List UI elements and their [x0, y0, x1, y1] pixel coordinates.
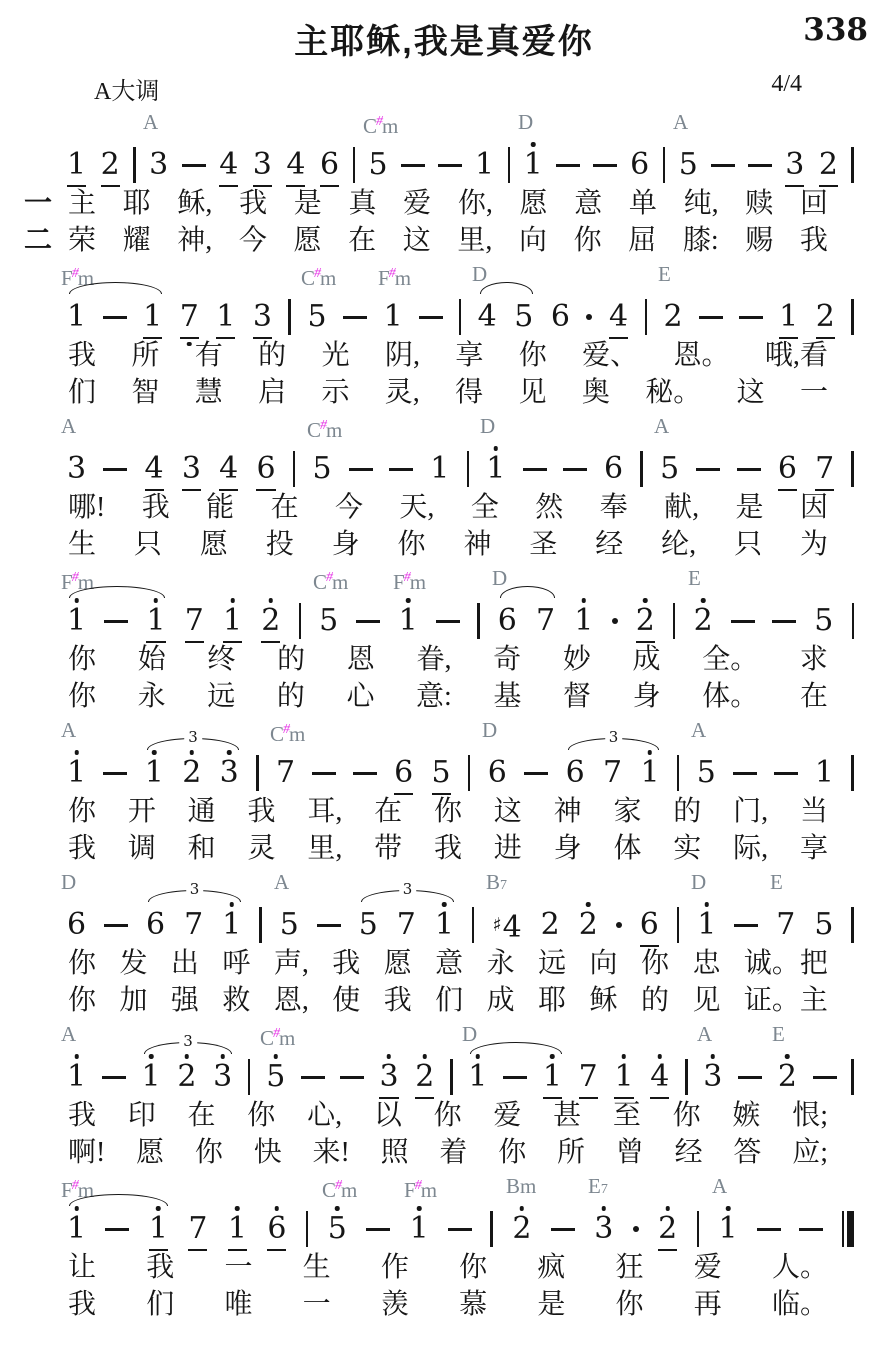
chord-letter: C: [301, 266, 315, 290]
barline: [677, 755, 680, 791]
lyric-syllable: 哪!: [68, 489, 105, 526]
lyric-syllable: 主: [68, 185, 96, 222]
dash-extension: [448, 1228, 472, 1231]
lyric-syllable: 有: [195, 337, 223, 374]
chord-letter: E: [688, 566, 701, 590]
octave-dot-above: [74, 598, 79, 603]
note: 7: [179, 297, 200, 337]
note: 5: [265, 1057, 286, 1097]
chord-label: Bm: [506, 1175, 536, 1197]
dot-separator: [616, 922, 622, 928]
lyric-syllable: 是: [736, 489, 764, 526]
octave-dot-above: [235, 1206, 240, 1211]
chord-label: A: [61, 415, 76, 437]
lyric-syllable: 羡: [381, 1286, 409, 1323]
lyric-syllable: 啊!: [68, 1134, 105, 1171]
dash-extension: [748, 164, 772, 167]
octave-dot-above: [154, 598, 159, 603]
chord-letter: D: [492, 566, 507, 590]
triplet-number: 3: [179, 1034, 197, 1049]
barline: [697, 1211, 700, 1247]
dash-extension: [102, 1076, 126, 1079]
dash-extension: [523, 468, 547, 471]
chord-letter: F: [378, 266, 390, 290]
lyric-syllable: 愿: [520, 185, 548, 222]
lyric-line: 啊!愿你快来!照着你所曾经答应;: [66, 1134, 854, 1171]
note: 1: [383, 297, 404, 337]
barline: [851, 1059, 854, 1095]
barline: [851, 755, 854, 791]
lyric-syllable: 门,: [733, 793, 768, 830]
octave-dot-above: [230, 598, 235, 603]
system: 1171251671225F#mC#mF#mDE你始终的恩眷,奇妙成全。求你永远…: [66, 601, 854, 715]
dash-extension: [731, 620, 755, 623]
notation-row: 1171251671225F#mC#mF#mDE: [66, 601, 854, 641]
dash-extension: [436, 620, 460, 623]
lyric-syllable: 甚: [553, 1097, 581, 1134]
chord-letter: m: [520, 1174, 536, 1198]
key-time-row: A大调 4/4: [0, 63, 888, 101]
final-barline: [842, 1211, 854, 1247]
lyric-syllable: 只: [134, 526, 162, 563]
dash-extension: [103, 772, 127, 775]
lyric-syllable: 使: [332, 982, 360, 1019]
lyric-syllable: 的: [673, 793, 701, 830]
lyric-line: 们智慧启示灵,得见奥秘。这一: [66, 374, 854, 411]
note: 6: [487, 753, 508, 793]
lyric-syllable: 是: [537, 1286, 565, 1323]
dash-extension: [799, 1228, 823, 1231]
octave-dot-above: [705, 902, 710, 907]
tie-arc: [470, 1042, 562, 1054]
note: 6: [255, 449, 276, 489]
chord-label: F#m: [378, 263, 411, 289]
octave-dot-above: [582, 598, 587, 603]
octave-dot-above: [417, 1206, 422, 1211]
note: 3: [148, 145, 169, 185]
lyric-syllable: 证。主: [744, 982, 828, 1019]
chord-letter: m: [395, 266, 411, 290]
notation-row: 1123765667151AC#mDA33: [66, 753, 854, 793]
lyric-syllable: 疯: [537, 1249, 565, 1286]
chord-label: D: [691, 871, 706, 893]
lyric-syllable: 稣,: [177, 185, 212, 222]
lyric-syllable: 眷,: [416, 641, 451, 678]
dash-extension: [340, 1076, 364, 1079]
lyric-syllable: 秘。: [645, 374, 701, 411]
dash-extension: [104, 924, 128, 927]
note: 7: [578, 1057, 599, 1097]
dash-extension: [103, 316, 127, 319]
note: 2: [176, 1057, 197, 1097]
chord-label: D: [518, 111, 533, 133]
lyric-syllable: 家: [613, 793, 641, 830]
chord-letter: m: [341, 1178, 357, 1202]
note: 5: [678, 145, 699, 185]
chord-label: A: [274, 871, 289, 893]
lyric-line: 我调和灵里,带我进身体实际,享: [66, 830, 854, 867]
chord-label: C#m: [301, 263, 336, 289]
barline: [288, 299, 291, 335]
octave-dot-above: [74, 1054, 79, 1059]
lyric-syllable: 在: [374, 793, 402, 830]
dash-extension: [734, 924, 758, 927]
lyric-syllable: 耶: [538, 982, 566, 1019]
barline: [673, 603, 676, 639]
lyric-syllable: 始: [138, 641, 166, 678]
note: 7: [183, 905, 204, 945]
barline: [508, 147, 511, 183]
lyric-syllable: 示: [321, 374, 349, 411]
barline: [353, 147, 356, 183]
dot-separator: [586, 314, 592, 320]
note: 1: [222, 601, 243, 641]
lyric-syllable: 恨;: [792, 1097, 828, 1134]
lyric-syllable: 你: [641, 945, 669, 982]
lyric-syllable: 让: [68, 1249, 96, 1286]
lyric-syllable: 奇: [493, 641, 521, 678]
lyric-syllable: 在: [800, 678, 828, 715]
system: 11235321171432AC#mDAE3我印在你心,以你爱甚至你嫉恨;啊!愿…: [66, 1057, 854, 1171]
lyric-line: 一主耶稣,我是真爱你,愿意单纯,赎回: [66, 185, 854, 222]
octave-dot-above: [442, 902, 447, 907]
notation-row: 11235321171432AC#mDAE3: [66, 1057, 854, 1097]
note: 1: [523, 145, 544, 185]
chord-letter: B: [486, 870, 500, 894]
octave-dot-above: [665, 1206, 670, 1211]
dash-extension: [317, 924, 341, 927]
lyric-syllable: 投: [266, 526, 294, 563]
chord-label: A: [712, 1175, 727, 1197]
note: 3: [252, 145, 273, 185]
lyric-syllable: 我: [68, 337, 96, 374]
note: 1: [429, 449, 450, 489]
dash-extension: [503, 1076, 527, 1079]
octave-dot-above: [185, 1054, 190, 1059]
chord-letter: A: [61, 1022, 76, 1046]
chord-letter: D: [472, 262, 487, 286]
dash-extension: [356, 620, 380, 623]
lyric-syllable: 阴,: [385, 337, 420, 374]
chord-letter: C: [260, 1026, 274, 1050]
chord-letter: C: [313, 570, 327, 594]
lyric-syllable: 向: [519, 222, 547, 259]
lyric-syllable: 里,: [307, 830, 342, 867]
note: 2: [777, 1057, 798, 1097]
dash-extension: [105, 1228, 129, 1231]
barline: [450, 1059, 453, 1095]
chord-letter: A: [712, 1174, 727, 1198]
chord-letter: D: [462, 1022, 477, 1046]
lyric-syllable: 们: [146, 1286, 174, 1323]
note: 5: [318, 601, 339, 641]
barline: [851, 451, 854, 487]
octave-dot-above: [711, 1054, 716, 1059]
octave-dot-above: [74, 750, 79, 755]
note: 6: [565, 753, 586, 793]
note: 6: [393, 753, 414, 793]
chord-label: A: [143, 111, 158, 133]
lyric-syllable: 成: [487, 982, 515, 1019]
lyric-syllable: 开: [128, 793, 156, 830]
lyric-syllable: 稣: [590, 982, 618, 1019]
barline: [256, 755, 259, 791]
note: 5: [813, 601, 834, 641]
note: 2: [578, 905, 599, 945]
dot-separator: [612, 618, 618, 624]
chord-letter: A: [274, 870, 289, 894]
lyric-syllable: 是: [294, 185, 322, 222]
lyric-syllable: 强: [171, 982, 199, 1019]
chord-letter: D: [480, 414, 495, 438]
note: 7: [535, 601, 556, 641]
note: 1: [639, 753, 660, 793]
lyric-syllable: 带: [374, 830, 402, 867]
note: 1: [613, 1057, 634, 1097]
note: 7: [396, 905, 417, 945]
lyric-syllable: 这: [494, 793, 522, 830]
header: 338 主耶稣,我是真爱你 A大调 4/4: [0, 0, 888, 101]
note: 4: [218, 145, 239, 185]
lyric-syllable: 体: [613, 830, 641, 867]
lyric-syllable: 全。: [702, 641, 758, 678]
octave-dot-above: [152, 750, 157, 755]
lyric-syllable: 慧: [195, 374, 223, 411]
lyric-syllable: 唯: [224, 1286, 252, 1323]
barline: [852, 603, 855, 639]
octave-dot-above: [149, 1054, 154, 1059]
note: 1: [66, 297, 87, 337]
note: 5: [279, 905, 300, 945]
chord-letter: E: [658, 262, 671, 286]
note: 1: [398, 601, 419, 641]
lyric-syllable: 成: [633, 641, 661, 678]
note: 5: [431, 753, 452, 793]
lyric-line: 让我一生作你疯狂爱人。: [66, 1249, 854, 1286]
lyric-syllable: 你,: [458, 185, 493, 222]
note: 3: [212, 1057, 233, 1097]
lyric-syllable: 际,: [733, 830, 768, 867]
note: 7: [602, 753, 623, 793]
note: 4: [218, 449, 239, 489]
dash-extension: [312, 772, 336, 775]
lyric-syllable: 奥: [582, 374, 610, 411]
note: 2: [540, 905, 561, 945]
dash-extension: [353, 772, 377, 775]
lyric-syllable: 经: [595, 526, 623, 563]
chord-label: E: [770, 871, 783, 893]
note: 1: [467, 1057, 488, 1097]
note: 1: [434, 905, 455, 945]
barline: [645, 299, 648, 335]
chord-label: D: [482, 719, 497, 741]
lyric-syllable: 再: [694, 1286, 722, 1323]
system: 11713514564212F#mC#mF#mDE我所有的光阴,享你爱、恩。哦,…: [66, 297, 854, 411]
octave-dot-above: [726, 1206, 731, 1211]
tie-arc: [500, 586, 555, 598]
dash-extension: [301, 1076, 325, 1079]
lyric-syllable: 诚。把: [744, 945, 828, 982]
lyric-syllable: 我: [384, 982, 412, 1019]
lyric-syllable: 身: [554, 830, 582, 867]
lyric-syllable: 这: [737, 374, 765, 411]
note: 5: [813, 905, 834, 945]
lyric-syllable: 哦,看: [765, 337, 828, 374]
lyric-syllable: 你: [398, 526, 426, 563]
verse-number: 一: [24, 185, 52, 222]
lyric-line: 生只愿投身你神圣经纶,只为: [66, 526, 854, 563]
lyric-syllable: 远: [207, 678, 235, 715]
barline: [259, 907, 262, 943]
note: 4: [477, 297, 498, 337]
dash-extension: [349, 468, 373, 471]
chord-label: A: [691, 719, 706, 741]
chord-label: C#m: [260, 1023, 295, 1049]
lyric-syllable: 爱、: [582, 337, 638, 374]
octave-dot-above: [387, 1054, 392, 1059]
note: 6: [603, 449, 624, 489]
lyric-syllable: 我: [332, 945, 360, 982]
lyric-syllable: 进: [494, 830, 522, 867]
chord-letter: A: [654, 414, 669, 438]
note: 7: [814, 449, 835, 489]
lyric-syllable: 我: [146, 1249, 174, 1286]
lyric-line: 哪!我能在今天,全然奉献,是因: [66, 489, 854, 526]
lyric-syllable: 只: [734, 526, 762, 563]
octave-dot-above: [550, 1054, 555, 1059]
lyric-syllable: 爱: [493, 1097, 521, 1134]
lyric-syllable: 以: [374, 1097, 402, 1134]
lyric-syllable: 你: [519, 337, 547, 374]
octave-dot-above: [275, 1206, 280, 1211]
barline: [677, 907, 680, 943]
chord-letter: F: [61, 570, 73, 594]
lyric-syllable: 求: [800, 641, 828, 678]
lyric-syllable: 纯,: [684, 185, 719, 222]
chord-letter: D: [482, 718, 497, 742]
notation-row: 11713514564212F#mC#mF#mDE: [66, 297, 854, 337]
chord-letter: A: [143, 110, 158, 134]
chord-label: E: [772, 1023, 785, 1045]
chord-label: A: [697, 1023, 712, 1045]
chord-letter: C: [363, 114, 377, 138]
lyric-syllable: 临。: [772, 1286, 828, 1323]
lyric-syllable: 愿: [384, 945, 412, 982]
note: 5: [696, 753, 717, 793]
note: 1: [409, 1209, 430, 1249]
note: 1: [66, 601, 87, 641]
lyric-syllable: 你: [459, 1249, 487, 1286]
chord-letter: m: [320, 266, 336, 290]
chord-letter: C: [307, 418, 321, 442]
lyric-syllable: 所: [557, 1134, 585, 1171]
lyric-syllable: 耀: [123, 222, 151, 259]
lyric-syllable: 在: [188, 1097, 216, 1134]
lyric-syllable: 灵: [247, 830, 275, 867]
note: 3: [593, 1209, 614, 1249]
lyric-syllable: 出: [171, 945, 199, 982]
lyric-syllable: 你: [68, 945, 96, 982]
system: 1123765667151AC#mDA33你开通我耳,在你这神家的门,当我调和灵…: [66, 753, 854, 867]
note: 6: [66, 905, 87, 945]
dash-extension: [699, 316, 723, 319]
lyric-syllable: 恩。: [674, 337, 730, 374]
lyric-syllable: 和: [188, 830, 216, 867]
dash-extension: [182, 164, 206, 167]
note: 2: [657, 1209, 678, 1249]
note: ♯4: [491, 905, 522, 945]
dash-extension: [419, 316, 443, 319]
chord-letter: m: [421, 1178, 437, 1202]
chord-letter: D: [518, 110, 533, 134]
lyric-syllable: 耳,: [307, 793, 342, 830]
lyric-syllable: 我: [68, 1286, 96, 1323]
lyric-syllable: 圣: [529, 526, 557, 563]
octave-dot-above: [701, 598, 706, 603]
chord-letter: m: [326, 418, 342, 442]
lyric-syllable: 神: [463, 526, 491, 563]
lyric-syllable: 狂: [616, 1249, 644, 1286]
note: 5: [368, 145, 389, 185]
note: 3: [181, 449, 202, 489]
dash-extension: [401, 164, 425, 167]
note: 1: [142, 297, 163, 337]
lyric-syllable: 永: [487, 945, 515, 982]
note: 1: [474, 145, 495, 185]
chord-letter: F: [404, 1178, 416, 1202]
lyric-syllable: 发: [119, 945, 147, 982]
note: 4: [285, 145, 306, 185]
dash-extension: [772, 620, 796, 623]
octave-dot-above: [273, 1054, 278, 1059]
note: 6: [266, 1209, 287, 1249]
chord-letter: D: [61, 870, 76, 894]
lyric-syllable: 我: [800, 222, 828, 259]
chord-label: E: [688, 567, 701, 589]
note: 6: [550, 297, 571, 337]
lyric-syllable: 所: [131, 337, 159, 374]
chord-label: E: [658, 263, 671, 285]
lyric-syllable: 生: [303, 1249, 331, 1286]
lyric-syllable: 这: [403, 222, 431, 259]
notation-row: 11716512321F#mC#mF#mBmE7A: [66, 1209, 854, 1249]
barline: [490, 1211, 493, 1247]
chord-label: A: [654, 415, 669, 437]
lyric-syllable: 在: [271, 489, 299, 526]
lyric-syllable: 然: [535, 489, 563, 526]
barline: [640, 451, 643, 487]
page-number: 338: [803, 12, 868, 48]
lyric-syllable: 今: [335, 489, 363, 526]
lyric-syllable: 单: [629, 185, 657, 222]
note: 3: [66, 449, 87, 489]
lyric-syllable: 膝:: [683, 222, 719, 259]
lyric-syllable: 呼: [222, 945, 250, 982]
dash-extension: [524, 772, 548, 775]
lyric-syllable: 意: [574, 185, 602, 222]
dash-extension: [103, 468, 127, 471]
lyric-syllable: 的: [258, 337, 286, 374]
chord-label: D: [492, 567, 507, 589]
chord-label: A: [61, 1023, 76, 1045]
dash-extension: [813, 1076, 837, 1079]
lyric-syllable: 愿: [136, 1134, 164, 1171]
lyric-syllable: 愿: [200, 526, 228, 563]
lyric-line: 你开通我耳,在你这神家的门,当: [66, 793, 854, 830]
chord-letter: m: [289, 722, 305, 746]
dash-extension: [438, 164, 462, 167]
lyric-syllable: 永: [138, 678, 166, 715]
